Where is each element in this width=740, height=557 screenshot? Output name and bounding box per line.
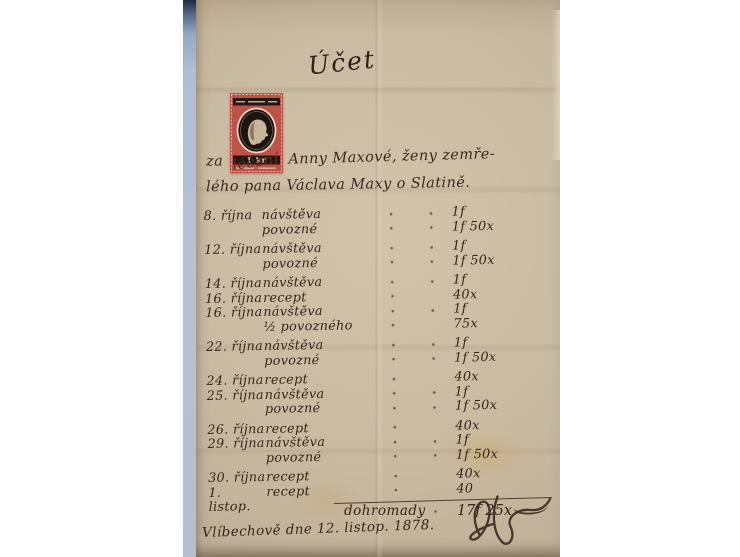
entry-date: 25. října [207, 388, 265, 404]
entry-date [208, 461, 266, 462]
entry-description: povozné [262, 255, 380, 272]
entry-leader-dots [389, 391, 449, 395]
entries-list: 8. říjnanávštěva1fpovozné1f 50x12. října… [203, 204, 548, 501]
entry-amount: 1f [452, 238, 544, 254]
document-title: Účet [307, 45, 378, 81]
intro-word-za: za [206, 153, 224, 169]
entry-date [207, 413, 265, 414]
entry-date: 8. října [203, 209, 261, 225]
entry-leader-dots [389, 406, 444, 410]
entry-leader-dots [390, 454, 445, 458]
entry-date [206, 330, 264, 331]
entry-amount: 1f 50x [449, 350, 546, 366]
entry-amount: 1f 50x [447, 253, 544, 269]
entry-description: ½ povozného [263, 318, 381, 335]
photo-page: Účet 1 kr [0, 0, 740, 557]
intro-line-2: lého pana Václava Maxy o Slatině. [206, 175, 471, 196]
intro-line1-rest: Anny Maxové, ženy zemře- [288, 146, 495, 167]
entry-amount: 1f 50x [450, 398, 547, 414]
footer-place-date: Vlíbechově dne 12. listop. 1878. [202, 517, 435, 541]
entry-amount: 1f [455, 384, 547, 400]
entry-leader-dots [389, 425, 423, 429]
entry-amount: 75x [427, 316, 545, 333]
entry-date: 1. listop. [208, 485, 266, 515]
entry-description: povozné [265, 401, 383, 418]
entry-leader-dots [386, 226, 441, 230]
entry-leader-dots [388, 357, 443, 361]
entry-date: 29. října [207, 437, 265, 453]
entry-leader-dots [386, 246, 446, 250]
document-photo: Účet 1 kr [183, 0, 560, 557]
entry-leader-dots [387, 280, 447, 284]
entry-amount: 1f 50x [447, 219, 544, 235]
entry-leader-dots [390, 488, 424, 492]
entry-leader-dots [390, 439, 450, 443]
entry-amount: 1f [453, 272, 545, 288]
entry-date [205, 267, 263, 268]
entry-description: povozné [264, 352, 382, 369]
entry-description: povozné [266, 449, 384, 466]
entry-amount: 1f [455, 432, 547, 448]
entry-date: 16. října [205, 306, 263, 322]
signature-flourish [445, 482, 561, 557]
entry-description: recept [266, 483, 384, 500]
entry-leader-dots [386, 212, 446, 216]
entry-leader-dots [386, 260, 441, 264]
entry-amount: 1f 50x [451, 447, 548, 463]
paper-edge-highlight [551, 10, 560, 160]
entry-leader-dots [388, 377, 422, 381]
entry-description: povozné [262, 221, 380, 238]
entry-amount: 1f [454, 335, 546, 351]
entry-leader-dots [388, 323, 422, 327]
entry-leader-dots [387, 294, 421, 298]
entry-date: 12. října [204, 243, 262, 259]
entry-date [204, 233, 262, 234]
entry-leader-dots [390, 474, 424, 478]
entry-date [206, 364, 264, 365]
total-label: dohromady [344, 503, 426, 519]
paper-sheet: Účet 1 kr [196, 0, 560, 557]
entry-leader-dots [387, 308, 447, 312]
entry-date: 22. října [206, 340, 264, 356]
entry-leader-dots [388, 342, 448, 346]
entry-amount: 1f [451, 204, 543, 220]
entry-date: 30. října [208, 471, 266, 487]
entry-amount: 1f [453, 301, 545, 317]
